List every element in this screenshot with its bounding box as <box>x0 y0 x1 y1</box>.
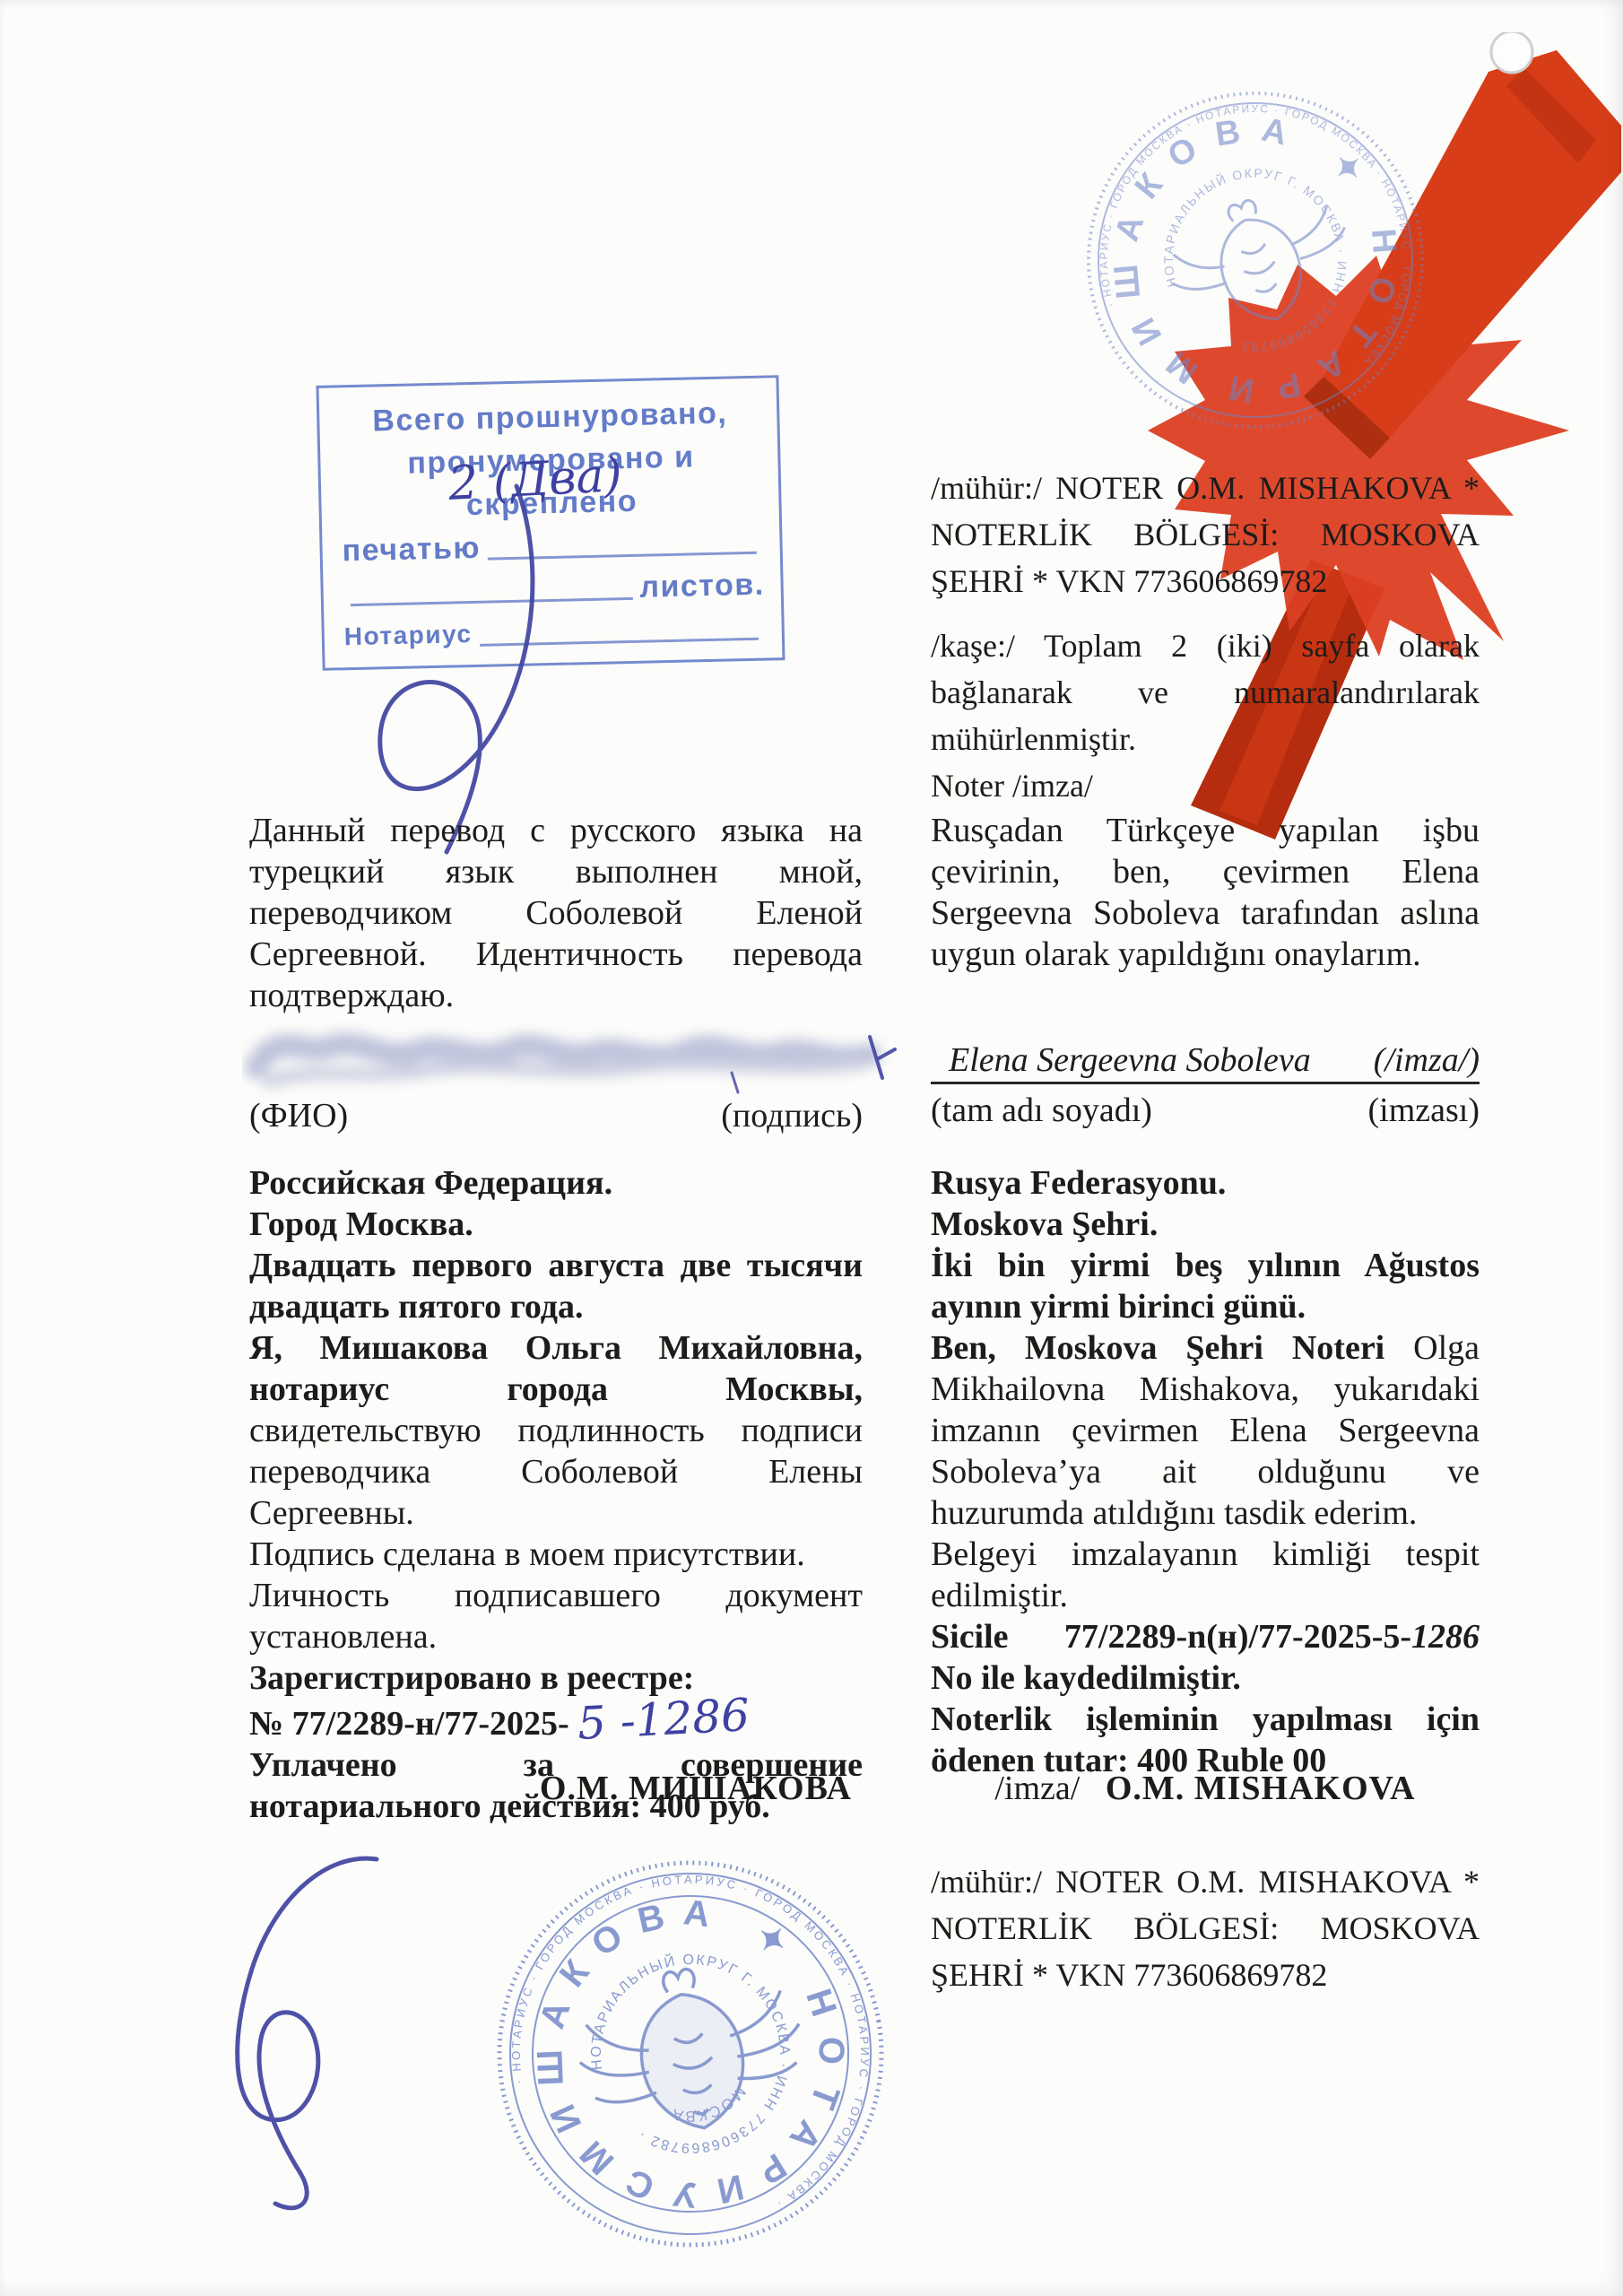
kase-transcription: /kaşe:/ Toplam 2 (iki) sayfa olarak bağl… <box>931 622 1480 809</box>
tam-adi-label: (tam adı soyadı) <box>931 1091 1152 1130</box>
tr-federation-line: Rusya Federasyonu. <box>931 1162 1480 1204</box>
notary-name-tr-row: /imza/ O.M. MISHAKOVA <box>931 1769 1480 1808</box>
imza-inline: (/imza/) <box>1374 1039 1480 1082</box>
ru-presence-line: Подпись сделана в моем присутствии. <box>249 1534 863 1575</box>
ru-notary-statement-rest: свидетельствую подлинность подписи перев… <box>249 1412 863 1532</box>
tr-city-line: Moskova Şehri. <box>931 1204 1480 1245</box>
ru-federation-line: Российская Федерация. <box>249 1162 863 1204</box>
legal-block-ru: Российская Федерация. Город Москва. Двад… <box>249 1162 863 1827</box>
ru-notary-name: Я, Мишакова Ольга Михайловна, нотариус г… <box>249 1329 863 1408</box>
tr-registry-number-a: Sicile 77/2289-n(н)/77-2025-5- <box>931 1618 1411 1656</box>
translator-statement-tr: Rusçadan Türkçeye yapılan işbu çevirinin… <box>931 810 1480 975</box>
notary-signature-top <box>341 466 592 861</box>
signature-labels-ru: (ФИО) (подпись) <box>249 1096 863 1135</box>
fio-label: (ФИО) <box>249 1096 348 1135</box>
punch-hole <box>1491 32 1532 73</box>
ru-city-line: Город Москва. <box>249 1204 863 1245</box>
binding-stamp-line3-suffix: листов. <box>639 563 765 609</box>
ru-identity-line: Личность подписавшего документ установле… <box>249 1575 863 1657</box>
tr-date-line: İki bin yirmi beş yılının Ağustos ayının… <box>931 1245 1480 1327</box>
notary-name-tr: O.M. MISHAKOVA <box>1106 1770 1416 1807</box>
tr-registry-number-b: No ile kaydedilmiştir. <box>931 1659 1241 1697</box>
ru-registry-number: № 77/2289-н/77-2025- 5 -1286 <box>249 1699 863 1744</box>
translator-name-line: Elena Sergeevna Soboleva (/imza/) <box>931 1039 1480 1084</box>
ru-registry-line: Зарегистрировано в реестре: <box>249 1657 863 1699</box>
translator-name: Elena Sergeevna Soboleva <box>949 1039 1311 1082</box>
muhur-transcription-bottom: /mühür:/ NOTER O.M. MISHAKOVA * NOTERLİK… <box>931 1858 1480 1998</box>
imza-marker: /imza/ <box>994 1770 1080 1807</box>
ru-notary-statement: Я, Мишакова Ольга Михайловна, нотариус г… <box>249 1327 863 1534</box>
signature-labels-tr: (tam adı soyadı) (imzası) <box>931 1091 1480 1130</box>
tr-notary-statement: Ben, Moskova Şehri Noteri Olga Mikhailov… <box>931 1327 1480 1534</box>
tr-identity-line: Belgeyi imzalayanın kimliği tespit edilm… <box>931 1534 1480 1616</box>
kase-text: /kaşe:/ Toplam 2 (iki) sayfa olarak bağl… <box>931 622 1480 762</box>
podpis-label: (подпись) <box>721 1096 863 1135</box>
tr-notary-title: Ben, Moskova Şehri Noteri <box>931 1329 1384 1367</box>
ru-registry-number-handwritten: 5 -1286 <box>577 1694 751 1744</box>
notary-name-ru: О.М. МИШАКОВА <box>249 1769 852 1808</box>
round-stamp-bottom: · НОТАРИУС · ГОРОД МОСКВА · НОТАРИУС · Г… <box>480 1848 910 2296</box>
notary-document-page: Всего прошнуровано, пронумеровано и скре… <box>0 0 1623 2296</box>
tr-registry-number-italic: 1286 <box>1411 1618 1480 1656</box>
legal-block-tr: Rusya Federasyonu. Moskova Şehri. İki bi… <box>931 1162 1480 1781</box>
muhur-transcription-top: /mühür:/ NOTER O.M. MISHAKOVA * NOTERLİK… <box>931 465 1480 604</box>
tr-registry-line: Sicile 77/2289-n(н)/77-2025-5-1286 No il… <box>931 1616 1480 1699</box>
kase-noter-imza: Noter /imza/ <box>931 762 1480 809</box>
imzasi-label: (imzası) <box>1367 1091 1480 1130</box>
ru-registry-number-typed: № 77/2289-н/77-2025- <box>249 1705 569 1743</box>
translator-statement-ru: Данный перевод с русского языка на турец… <box>249 810 863 1016</box>
ru-date-line: Двадцать первого августа две тысячи двад… <box>249 1245 863 1327</box>
notary-signature-bottom <box>193 1843 426 2229</box>
